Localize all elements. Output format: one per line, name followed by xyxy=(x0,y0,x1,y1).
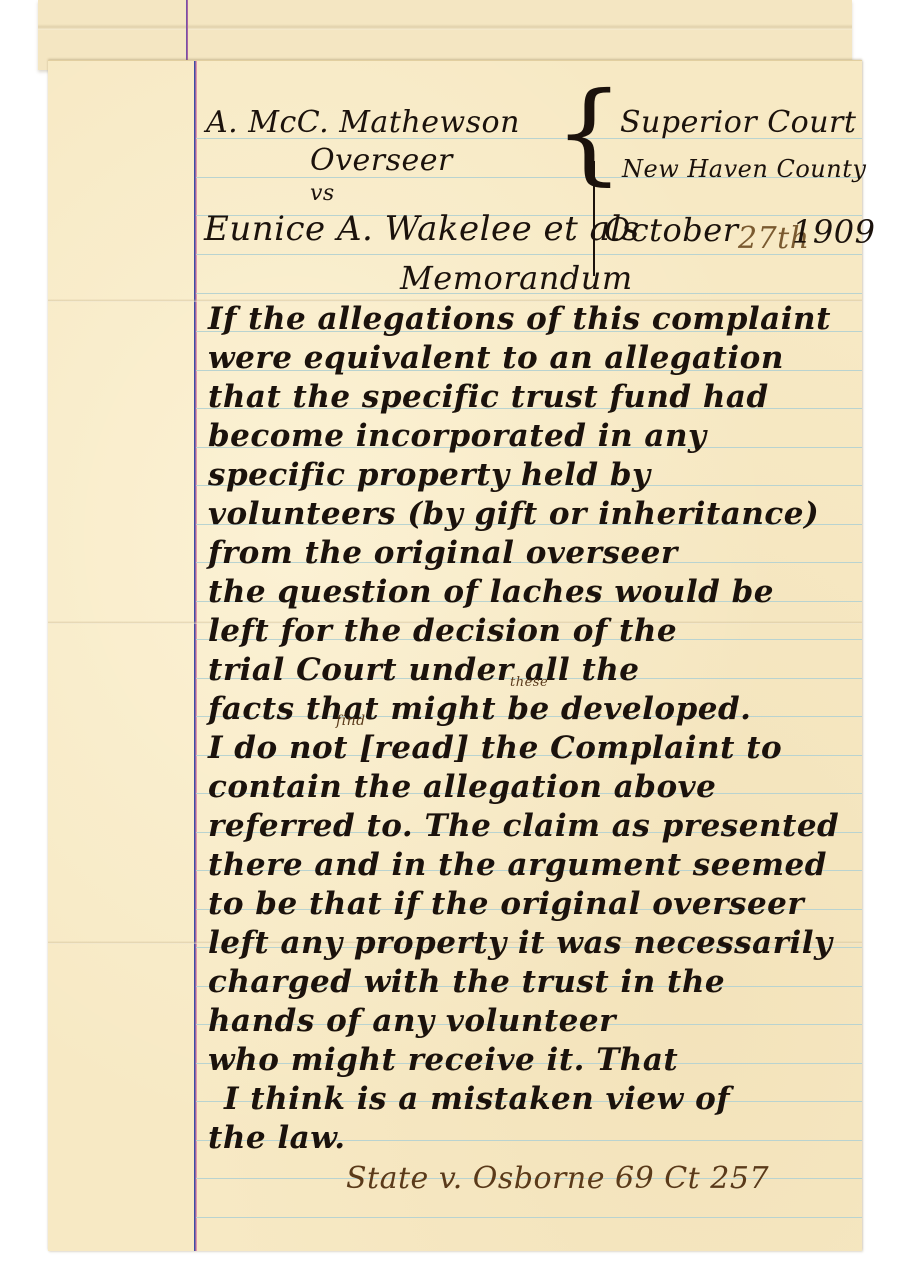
margin-line xyxy=(194,61,197,1251)
body-line: become incorporated in any xyxy=(208,418,707,454)
paper-crease xyxy=(38,24,852,30)
ruled-line xyxy=(196,1217,862,1218)
body-line: I do not [read] the Complaint to xyxy=(208,730,782,766)
interlinear-insertion: these xyxy=(510,675,548,690)
plaintiff-role: Overseer xyxy=(310,143,453,178)
body-line: referred to. The claim as presented xyxy=(208,808,839,844)
date-month: October xyxy=(604,211,739,249)
defendant-name: Eunice A. Wakelee et als xyxy=(204,209,640,249)
body-line: to be that if the original overseer xyxy=(208,886,804,922)
body-line: that the specific trust fund had xyxy=(208,379,769,415)
body-line: hands of any volunteer xyxy=(208,1003,616,1039)
body-line: there and in the argument seemed xyxy=(208,847,827,883)
county-name: New Haven County xyxy=(622,155,866,183)
body-line: I think is a mistaken view of xyxy=(224,1081,730,1117)
margin-line xyxy=(186,0,188,62)
body-line: from the original overseer xyxy=(208,535,678,571)
body-line: left for the decision of the xyxy=(208,613,677,649)
body-line: were equivalent to an allegation xyxy=(208,340,784,376)
caption-brace: { xyxy=(554,77,624,187)
insertion-above-strikeout: find xyxy=(336,713,366,729)
body-line: facts that might be developed. xyxy=(208,691,751,727)
memorandum-page: A. McC. Mathewson Overseer vs Eunice A. … xyxy=(48,60,862,1251)
body-line: If the allegations of this complaint xyxy=(208,301,831,337)
plaintiff-name: A. McC. Mathewson xyxy=(206,105,520,140)
body-line: who might receive it. That xyxy=(208,1042,678,1078)
versus-label: vs xyxy=(310,181,335,206)
case-citation: State v. Osborne 69 Ct 257 xyxy=(346,1161,769,1196)
body-line: left any property it was necessarily xyxy=(208,925,833,961)
body-line: trial Court under all the xyxy=(208,652,640,688)
memorandum-heading: Memorandum xyxy=(400,259,633,297)
body-line: volunteers (by gift or inheritance) xyxy=(208,496,819,532)
body-line: contain the allegation above xyxy=(208,769,716,805)
date-year: 1909 xyxy=(792,213,875,251)
body-line: the question of laches would be xyxy=(208,574,774,610)
body-line: specific property held by xyxy=(208,457,651,493)
body-line: the law. xyxy=(208,1120,346,1156)
court-name: Superior Court xyxy=(620,105,856,140)
body-line: charged with the trust in the xyxy=(208,964,725,1000)
